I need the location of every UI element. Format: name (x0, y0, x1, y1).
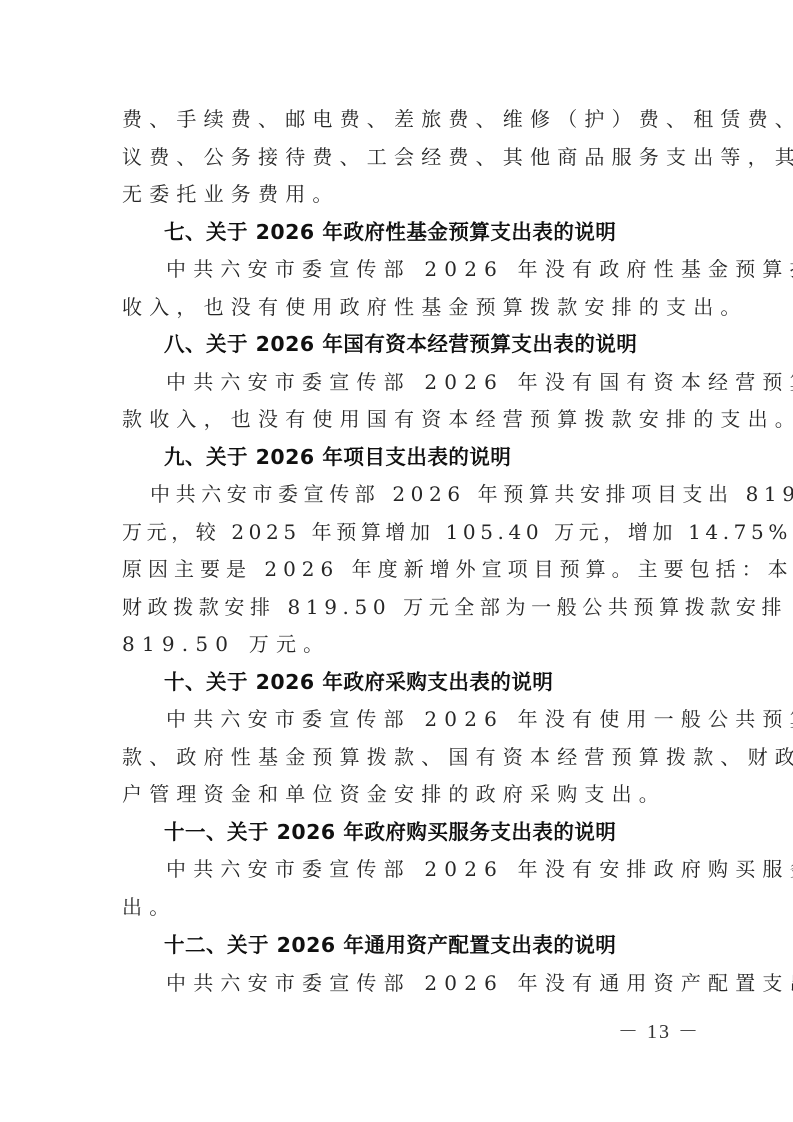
paragraph-line: 中共六安市委宣传部 2026 年预算共安排项目支出 819.50 (122, 476, 674, 514)
section-heading-9: 九、关于 2026 年项目支出表的说明 (122, 439, 674, 477)
paragraph-line: 款、政府性基金预算拨款、国有资本经营预算拨款、财政专 (122, 739, 674, 777)
paragraph-line: 议费、公务接待费、工会经费、其他商品服务支出等，其他 (122, 139, 674, 177)
section-heading-8: 八、关于 2026 年国有资本经营预算支出表的说明 (122, 326, 674, 364)
paragraph-line: 原因主要是 2026 年度新增外宣项目预算。主要包括：本年 (122, 551, 674, 589)
paragraph-line: 款收入，也没有使用国有资本经营预算拨款安排的支出。 (122, 401, 674, 439)
page-number: － 13 － (618, 1015, 700, 1044)
paragraph-line: 中共六安市委宣传部 2026 年没有通用资产配置支出。 (122, 965, 674, 1003)
paragraph-line: 万元，较 2025 年预算增加 105.40 万元，增加 14.75%，增加 (122, 514, 674, 552)
paragraph-line: 中共六安市委宣传部 2026 年没有政府性基金预算拨款 (122, 251, 674, 289)
section-heading-12: 十二、关于 2026 年通用资产配置支出表的说明 (122, 927, 674, 965)
paragraph-line: 户管理资金和单位资金安排的政府采购支出。 (122, 776, 674, 814)
paragraph-line: 财政拨款安排 819.50 万元全部为一般公共预算拨款安排 (122, 589, 674, 627)
paragraph-line: 819.50 万元。 (122, 626, 674, 664)
section-heading-10: 十、关于 2026 年政府采购支出表的说明 (122, 664, 674, 702)
paragraph-line: 中共六安市委宣传部 2026 年没有安排政府购买服务支 (122, 851, 674, 889)
section-heading-7: 七、关于 2026 年政府性基金预算支出表的说明 (122, 214, 674, 252)
section-heading-11: 十一、关于 2026 年政府购买服务支出表的说明 (122, 814, 674, 852)
paragraph-line: 中共六安市委宣传部 2026 年没有国有资本经营预算拨 (122, 364, 674, 402)
document-body: 费、手续费、邮电费、差旅费、维修（护）费、租赁费、会 议费、公务接待费、工会经费… (122, 101, 674, 1002)
paragraph-line: 收入，也没有使用政府性基金预算拨款安排的支出。 (122, 289, 674, 327)
paragraph-line: 出。 (122, 889, 674, 927)
paragraph-line: 费、手续费、邮电费、差旅费、维修（护）费、租赁费、会 (122, 101, 674, 139)
paragraph-line: 无委托业务费用。 (122, 176, 674, 214)
paragraph-line: 中共六安市委宣传部 2026 年没有使用一般公共预算拨 (122, 701, 674, 739)
